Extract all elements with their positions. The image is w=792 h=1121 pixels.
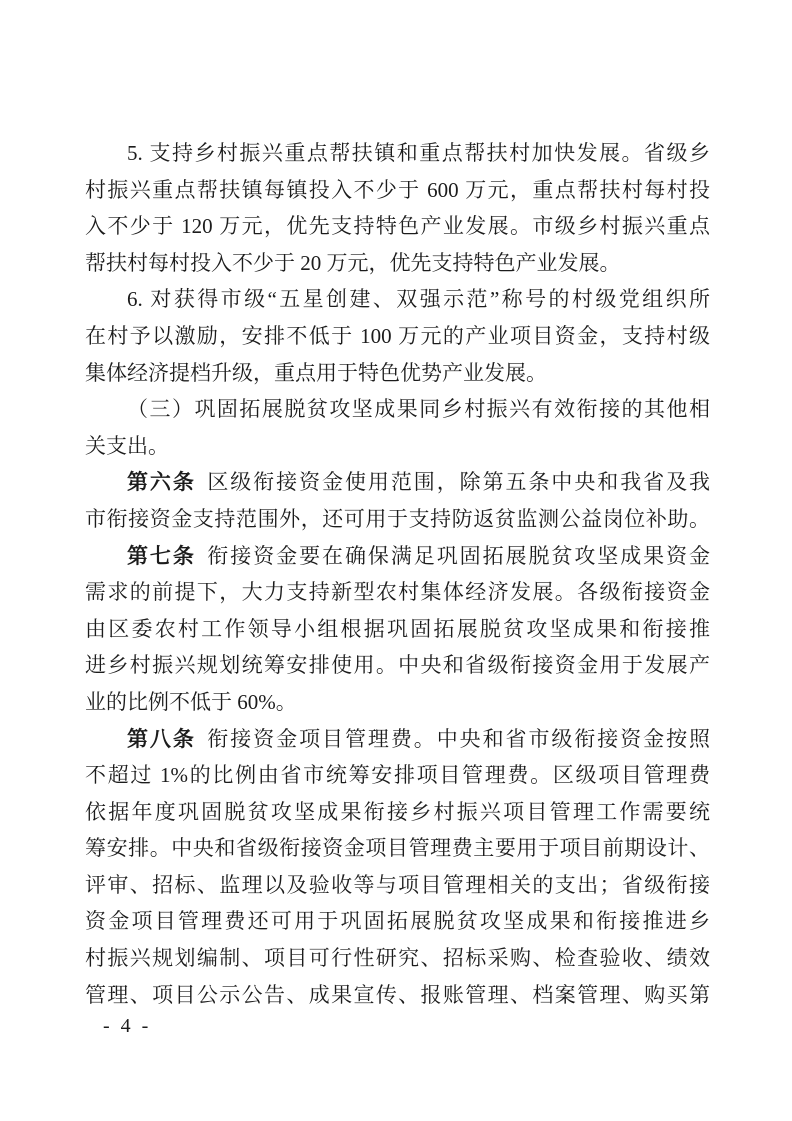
text-line: 第八条衔接资金项目管理费。中央和省市级衔接资金按照 <box>85 721 710 758</box>
line-text: 6. 对获得市级“五星创建、双强示范”称号的村级党组织所 <box>127 287 710 311</box>
text-line: 关支出。 <box>85 428 710 465</box>
line-text: 业的比例不低于 60%。 <box>85 690 297 714</box>
line-text: 在村予以激励，安排不低于 100 万元的产业项目资金，支持村级 <box>85 324 710 348</box>
text-line: 进乡村振兴规划统筹安排使用。中央和省级衔接资金用于发展产 <box>85 647 710 684</box>
text-line: 6. 对获得市级“五星创建、双强示范”称号的村级党组织所 <box>85 281 710 318</box>
line-text: 筹安排。中央和省级衔接资金项目管理费主要用于项目前期设计、 <box>85 836 710 860</box>
line-text: 评审、招标、监理以及验收等与项目管理相关的支出；省级衔接 <box>85 873 710 897</box>
text-line: 入不少于 120 万元，优先支持特色产业发展。市级乡村振兴重点 <box>85 208 710 245</box>
text-line: 评审、招标、监理以及验收等与项目管理相关的支出；省级衔接 <box>85 867 710 904</box>
line-text: 不超过 1%的比例由省市统筹安排项目管理费。区级项目管理费 <box>85 763 710 787</box>
line-text: 村振兴重点帮扶镇每镇投入不少于 600 万元，重点帮扶村每村投 <box>85 178 710 202</box>
line-text: 村振兴规划编制、项目可行性研究、招标采购、检查验收、绩效 <box>85 946 710 970</box>
text-line: 资金项目管理费还可用于巩固拓展脱贫攻坚成果和衔接推进乡 <box>85 903 710 940</box>
line-text: （三）巩固拓展脱贫攻坚成果同乡村振兴有效衔接的其他相 <box>127 397 710 421</box>
text-line: 业的比例不低于 60%。 <box>85 684 710 721</box>
line-text: 5. 支持乡村振兴重点帮扶镇和重点帮扶村加快发展。省级乡 <box>127 141 710 165</box>
text-line: 帮扶村每村投入不少于 20 万元，优先支持特色产业发展。 <box>85 245 710 282</box>
line-text: 需求的前提下，大力支持新型农村集体经济发展。各级衔接资金 <box>85 580 710 604</box>
document-body: 5. 支持乡村振兴重点帮扶镇和重点帮扶村加快发展。省级乡村振兴重点帮扶镇每镇投入… <box>85 135 710 1013</box>
line-text: 进乡村振兴规划统筹安排使用。中央和省级衔接资金用于发展产 <box>85 653 710 677</box>
line-text: 区级衔接资金使用范围，除第五条中央和我省及我 <box>207 470 710 494</box>
text-line: 需求的前提下，大力支持新型农村集体经济发展。各级衔接资金 <box>85 574 710 611</box>
text-line: 由区委农村工作领导小组根据巩固拓展脱贫攻坚成果和衔接推 <box>85 611 710 648</box>
line-text: 依据年度巩固脱贫攻坚成果衔接乡村振兴项目管理工作需要统 <box>85 800 710 824</box>
line-text: 衔接资金要在确保满足巩固拓展脱贫攻坚成果资金 <box>207 544 710 568</box>
text-line: （三）巩固拓展脱贫攻坚成果同乡村振兴有效衔接的其他相 <box>85 391 710 428</box>
text-line: 5. 支持乡村振兴重点帮扶镇和重点帮扶村加快发展。省级乡 <box>85 135 710 172</box>
text-line: 第六条区级衔接资金使用范围，除第五条中央和我省及我 <box>85 464 710 501</box>
text-line: 筹安排。中央和省级衔接资金项目管理费主要用于项目前期设计、 <box>85 830 710 867</box>
document-page: 5. 支持乡村振兴重点帮扶镇和重点帮扶村加快发展。省级乡村振兴重点帮扶镇每镇投入… <box>0 0 792 1121</box>
line-text: 市衔接资金支持范围外，还可用于支持防返贫监测公益岗位补助。 <box>85 507 710 531</box>
line-text: 集体经济提档升级，重点用于特色优势产业发展。 <box>85 361 547 385</box>
line-text: 关支出。 <box>85 434 169 458</box>
text-line: 管理、项目公示公告、成果宣传、报账管理、档案管理、购买第 <box>85 977 710 1014</box>
text-line: 依据年度巩固脱贫攻坚成果衔接乡村振兴项目管理工作需要统 <box>85 794 710 831</box>
text-line: 在村予以激励，安排不低于 100 万元的产业项目资金，支持村级 <box>85 318 710 355</box>
text-line: 市衔接资金支持范围外，还可用于支持防返贫监测公益岗位补助。 <box>85 501 710 538</box>
article-heading: 第七条 <box>127 544 196 568</box>
line-text: 入不少于 120 万元，优先支持特色产业发展。市级乡村振兴重点 <box>85 214 710 238</box>
text-line: 村振兴重点帮扶镇每镇投入不少于 600 万元，重点帮扶村每村投 <box>85 172 710 209</box>
line-text: 由区委农村工作领导小组根据巩固拓展脱贫攻坚成果和衔接推 <box>85 617 710 641</box>
line-text: 帮扶村每村投入不少于 20 万元，优先支持特色产业发展。 <box>85 251 621 275</box>
line-text: 管理、项目公示公告、成果宣传、报账管理、档案管理、购买第 <box>85 983 710 1007</box>
text-line: 第七条衔接资金要在确保满足巩固拓展脱贫攻坚成果资金 <box>85 538 710 575</box>
line-text: 衔接资金项目管理费。中央和省市级衔接资金按照 <box>207 727 710 751</box>
article-heading: 第八条 <box>127 727 196 751</box>
page-number: - 4 - <box>103 1012 151 1040</box>
text-line: 不超过 1%的比例由省市统筹安排项目管理费。区级项目管理费 <box>85 757 710 794</box>
text-line: 村振兴规划编制、项目可行性研究、招标采购、检查验收、绩效 <box>85 940 710 977</box>
article-heading: 第六条 <box>127 470 196 494</box>
line-text: 资金项目管理费还可用于巩固拓展脱贫攻坚成果和衔接推进乡 <box>85 909 710 933</box>
text-line: 集体经济提档升级，重点用于特色优势产业发展。 <box>85 355 710 392</box>
